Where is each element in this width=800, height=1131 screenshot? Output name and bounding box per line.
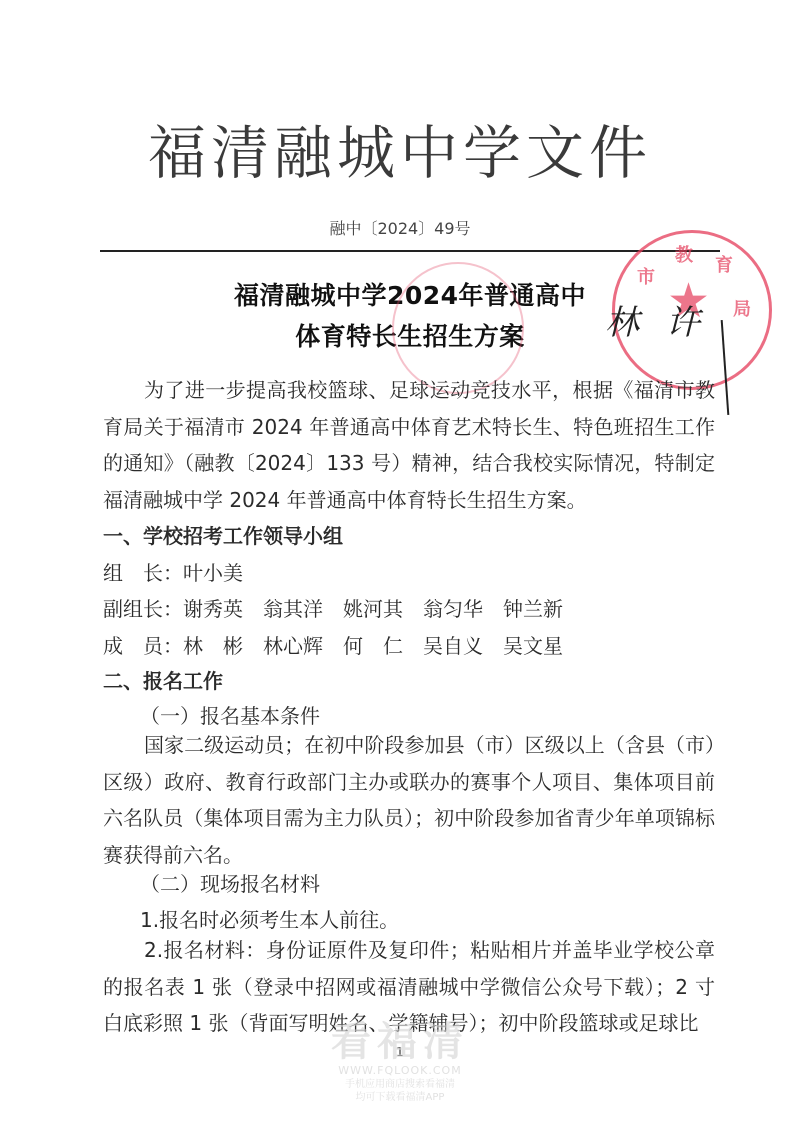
signature-stroke (721, 320, 730, 415)
subsection1-heading: （一）报名基本条件 (140, 703, 320, 729)
watermark: 看福清 WWW.FQLOOK.COM 手机应用商店搜索看福清 均可下载看福清AP… (280, 1020, 520, 1104)
document-number: 融中〔2024〕49号 (0, 219, 800, 239)
deputies-line: 副组长：谢秀英 翁其洋 姚河其 翁匀华 钟兰新 (103, 596, 563, 622)
handwritten-signature: 林 许 (605, 295, 708, 344)
document-page: 福清融城中学文件 融中〔2024〕49号 福清融城中学2024年普通高中 体育特… (0, 0, 800, 1131)
watermark-url: WWW.FQLOOK.COM (280, 1064, 520, 1078)
stamp-char: 育 (715, 251, 733, 277)
org-header-title: 福清融城中学文件 (0, 118, 800, 188)
section2-heading: 二、报名工作 (103, 668, 223, 694)
watermark-line1: 手机应用商店搜索看福清 (280, 1078, 520, 1091)
stamp-char: 局 (733, 295, 751, 321)
leader-line: 组 长：叶小美 (103, 560, 243, 586)
subsection2-heading: （二）现场报名材料 (140, 871, 320, 897)
intro-paragraph: 为了进一步提高我校篮球、足球运动竞技水平，根据《福清市教育局关于福清市 2024… (103, 372, 715, 518)
watermark-line2: 均可下载看福清APP (280, 1091, 520, 1104)
materials-item-1: 1.报名时必须考生本人前往。 (140, 907, 399, 933)
stamp-char: 教 (675, 241, 693, 267)
section1-heading: 一、学校招考工作领导小组 (103, 523, 343, 549)
header-rule-divider (100, 250, 720, 252)
eligibility-paragraph: 国家二级运动员；在初中阶段参加县（市）区级以上（含县（市）区级）政府、教育行政部… (103, 727, 715, 873)
watermark-brand: 看福清 (280, 1020, 520, 1064)
members-line: 成 员：林 彬 林心辉 何 仁 吴自义 吴文星 (103, 633, 563, 659)
